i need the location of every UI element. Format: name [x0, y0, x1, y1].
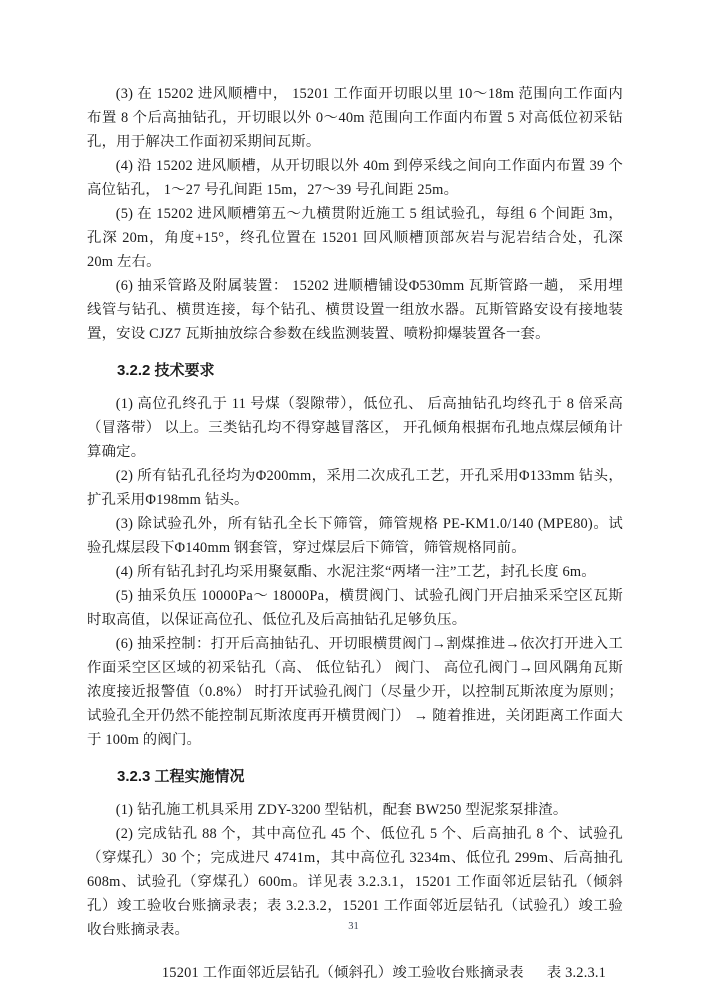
page-number: 31 [0, 921, 707, 932]
paragraph-tech-req-3: (3) 除试验孔外，所有钻孔全长下筛管，筛管规格 PE-KM1.0/140 (M… [87, 512, 623, 560]
section-heading-3-2-2: 3.2.2 技术要求 [117, 359, 623, 383]
paragraph-tech-req-5: (5) 抽采负压 10000Pa～ 18000Pa，横贯阀门、试验孔阀门开启抽采… [87, 584, 623, 632]
document-page: (3) 在 15202 进风顺槽中， 15201 工作面开切眼以里 10～18m… [0, 0, 707, 1000]
table-caption-title: 15201 工作面邻近层钻孔（倾斜孔）竣工验收台账摘录表 [162, 965, 524, 981]
table-caption: 15201 工作面邻近层钻孔（倾斜孔）竣工验收台账摘录表表 3.2.3.1 [87, 961, 623, 985]
paragraph-tech-req-6: (6) 抽采控制：打开后高抽钻孔、开切眼横贯阀门→割煤推进→依次打开进入工作面采… [87, 632, 623, 752]
paragraph-tech-req-4: (4) 所有钻孔封孔均采用聚氨酯、水泥注浆“两堵一注”工艺，封孔长度 6m。 [87, 560, 623, 584]
paragraph-implementation-1: (1) 钻孔施工机具采用 ZDY-3200 型钻机，配套 BW250 型泥浆泵排… [87, 798, 623, 822]
paragraph-ventilation-roadway-4: (4) 沿 15202 进风顺槽，从开切眼以外 40m 到停采线之间向工作面内布… [87, 154, 623, 202]
paragraph-tech-req-1: (1) 高位孔终孔于 11 号煤（裂隙带），低位孔、 后高抽钻孔均终孔于 8 倍… [87, 392, 623, 464]
section-heading-3-2-3: 3.2.3 工程实施情况 [117, 765, 623, 789]
paragraph-tech-req-2: (2) 所有钻孔孔径均为Φ200mm，采用二次成孔工艺，开孔采用Φ133mm 钻… [87, 464, 623, 512]
paragraph-test-holes-5: (5) 在 15202 进风顺槽第五～九横贯附近施工 5 组试验孔，每组 6 个… [87, 202, 623, 274]
paragraph-ventilation-roadway-3: (3) 在 15202 进风顺槽中， 15201 工作面开切眼以里 10～18m… [87, 82, 623, 154]
document-body: (3) 在 15202 进风顺槽中， 15201 工作面开切眼以里 10～18m… [87, 82, 623, 985]
table-caption-label: 表 3.2.3.1 [547, 965, 606, 981]
paragraph-pipeline-6: (6) 抽采管路及附属装置： 15202 进顺槽铺设Φ530mm 瓦斯管路一趟，… [87, 274, 623, 346]
